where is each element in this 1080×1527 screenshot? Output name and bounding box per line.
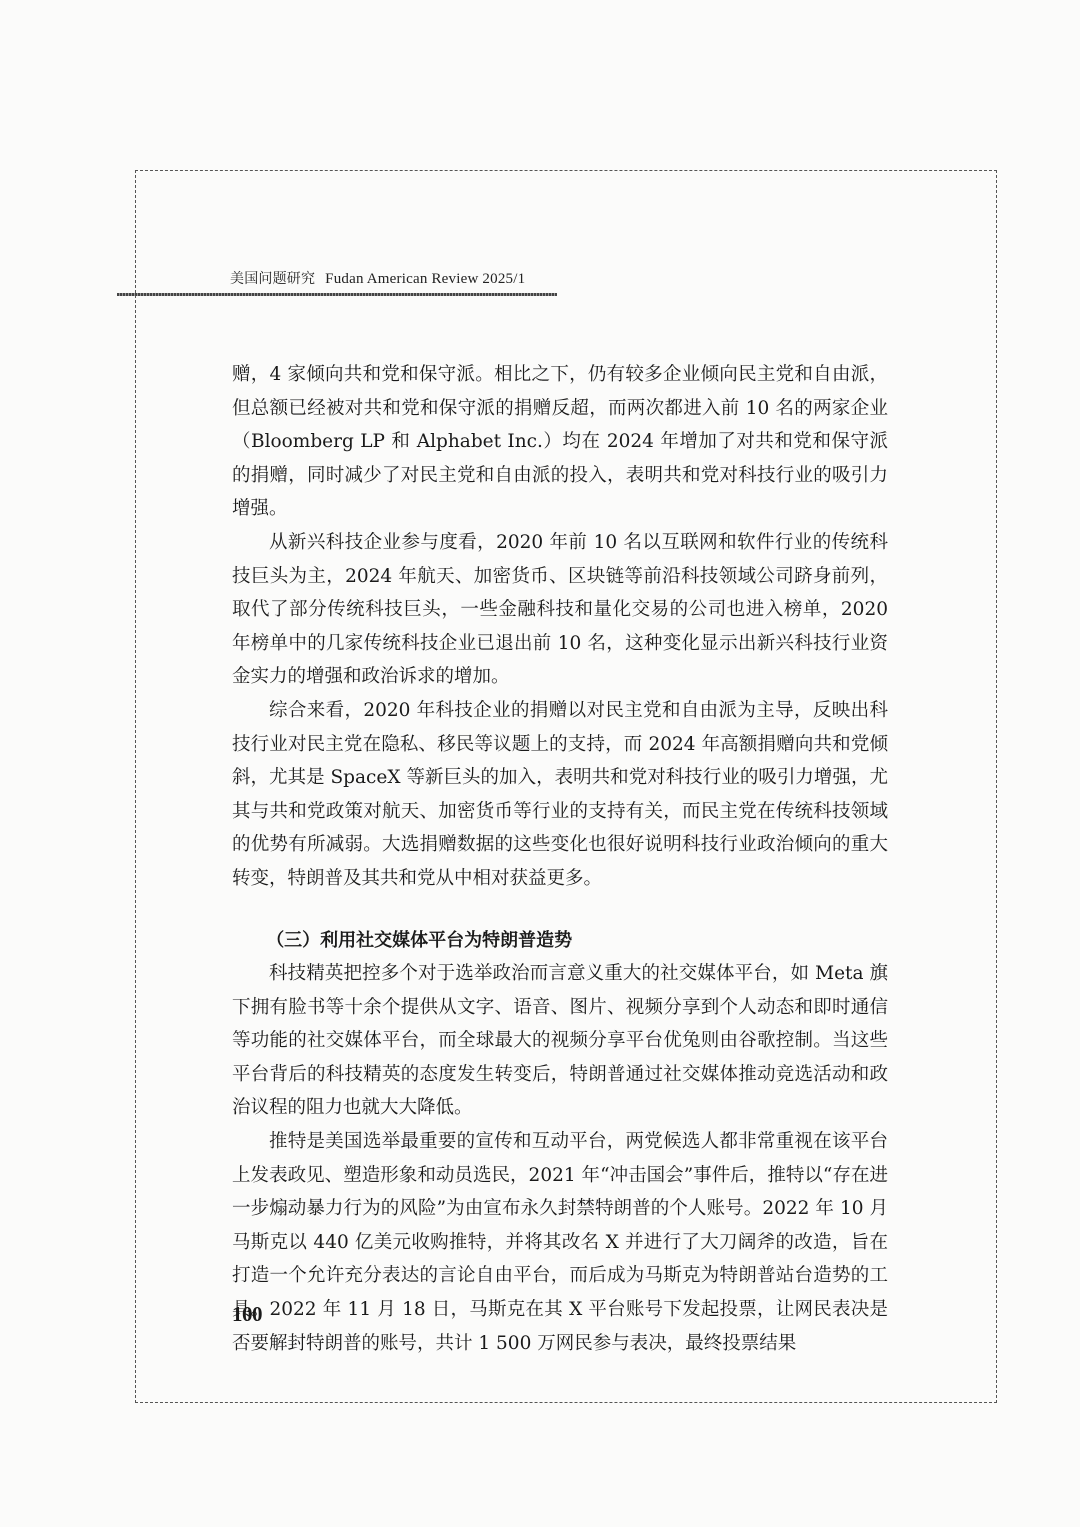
journal-title-en: Fudan American Review 2025/1 — [325, 271, 525, 287]
paragraph: 推特是美国选举最重要的宣传和互动平台，两党候选人都非常重视在该平台上发表政见、塑… — [232, 1125, 888, 1360]
paragraph: 综合来看，2020 年科技企业的捐赠以对民主党和自由派为主导，反映出科技行业对民… — [232, 694, 888, 896]
paragraph: 科技精英把控多个对于选举政治而言意义重大的社交媒体平台，如 Meta 旗下拥有脸… — [232, 957, 888, 1125]
section-heading: （三）利用社交媒体平台为特朗普造势 — [232, 924, 888, 958]
header-rule — [117, 293, 557, 296]
paragraph: 从新兴科技企业参与度看，2020 年前 10 名以互联网和软件行业的传统科技巨头… — [232, 526, 888, 694]
page-number: 100 — [232, 1302, 262, 1327]
journal-title-cn: 美国问题研究 — [230, 271, 315, 287]
running-head: 美国问题研究 Fudan American Review 2025/1 — [230, 268, 525, 288]
article-body: 赠，4 家倾向共和党和保守派。相比之下，仍有较多企业倾向民主党和自由派，但总额已… — [232, 358, 888, 1360]
paragraph: 赠，4 家倾向共和党和保守派。相比之下，仍有较多企业倾向民主党和自由派，但总额已… — [232, 358, 888, 526]
